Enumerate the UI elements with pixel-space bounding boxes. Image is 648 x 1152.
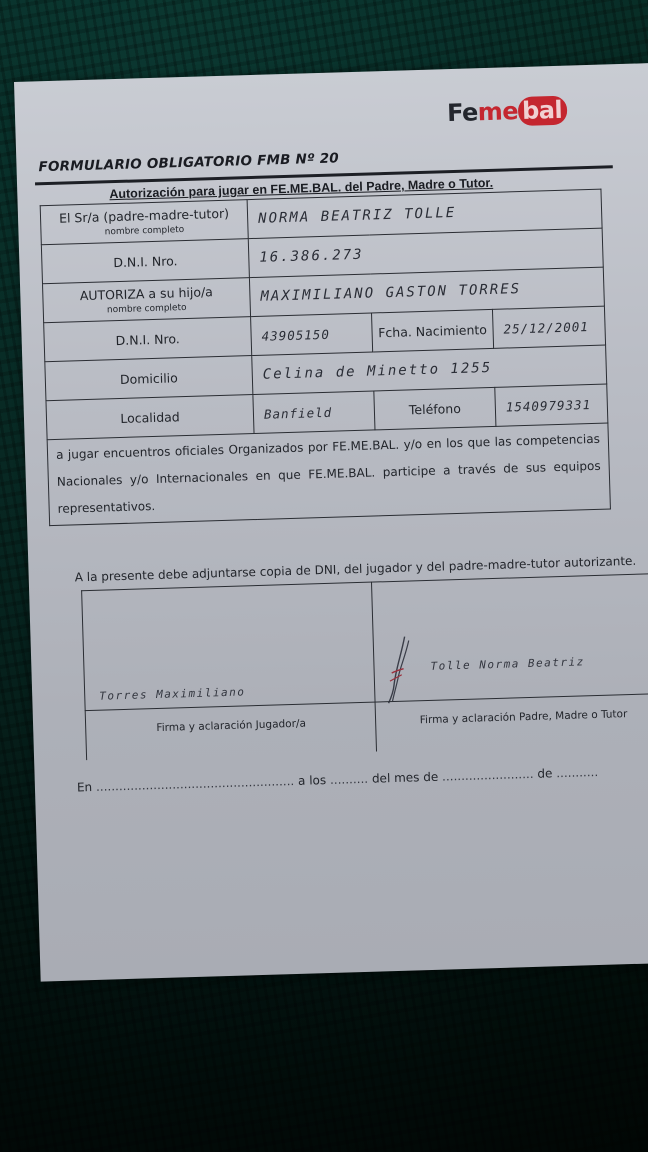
child-name-sublabel: nombre completo	[44, 301, 250, 317]
child-dni-field[interactable]: 43905150	[251, 313, 373, 356]
guardian-dni-label: D.N.I. Nro.	[41, 239, 249, 284]
phone-label: Teléfono	[374, 387, 496, 430]
form-sheet: Femebal FORMULARIO OBLIGATORIO FMB Nº 20…	[14, 63, 648, 982]
date-en-label: En	[77, 780, 93, 794]
logo-part-bal: bal	[518, 96, 568, 126]
logo-part-fe: Fe	[447, 98, 479, 127]
guardian-signature-text: Tolle Norma Beatriz	[430, 655, 585, 673]
city-field[interactable]: Banfield	[253, 391, 375, 434]
guardian-name-sublabel: nombre completo	[41, 223, 247, 239]
date-a-los-label: a los	[298, 773, 327, 788]
date-year-label: de	[537, 766, 552, 780]
child-name-label: AUTORIZA a su hijo/a nombre completo	[42, 278, 250, 323]
birth-date-label: Fcha. Nacimiento	[372, 309, 494, 352]
paragraph-row: a jugar encuentros oficiales Organizados…	[47, 423, 610, 526]
player-signature-text: Torres Maximiliano	[99, 685, 246, 702]
player-signature-caption: Firma y aclaración Jugador/a	[86, 716, 376, 737]
signature-scribble-icon	[383, 634, 415, 705]
child-name-label-text: AUTORIZA a su hijo/a	[80, 284, 213, 303]
femebal-logo: Femebal	[447, 96, 568, 128]
day-blank[interactable]: ..........	[330, 772, 369, 787]
guardian-signature-caption: Firma y aclaración Padre, Madre o Tutor	[376, 707, 648, 728]
birth-date-field[interactable]: 25/12/2001	[492, 306, 605, 348]
city-label: Localidad	[46, 395, 254, 440]
address-label: Domicilio	[45, 356, 253, 401]
authorization-paragraph: a jugar encuentros oficiales Organizados…	[47, 423, 610, 526]
logo-part-me: me	[477, 97, 518, 126]
phone-field[interactable]: 1540979331	[495, 384, 608, 426]
player-signature-box[interactable]: Torres Maximiliano Firma y aclaración Ju…	[81, 582, 377, 761]
date-month-label: del mes de	[372, 770, 439, 786]
date-place-line: En .....................................…	[77, 765, 599, 794]
child-dni-label: D.N.I. Nro.	[44, 317, 252, 362]
guardian-name-label: El Sr/a (padre-madre-tutor) nombre compl…	[40, 200, 248, 245]
month-blank[interactable]: ........................	[442, 767, 534, 784]
form-title: FORMULARIO OBLIGATORIO FMB Nº 20	[38, 150, 339, 175]
signature-section: Torres Maximiliano Firma y aclaración Ju…	[81, 573, 648, 760]
authorization-table: El Sr/a (padre-madre-tutor) nombre compl…	[40, 189, 611, 527]
place-blank[interactable]: ........................................…	[96, 774, 295, 794]
year-blank[interactable]: ...........	[556, 765, 598, 780]
guardian-name-label-text: El Sr/a (padre-madre-tutor)	[59, 206, 229, 226]
